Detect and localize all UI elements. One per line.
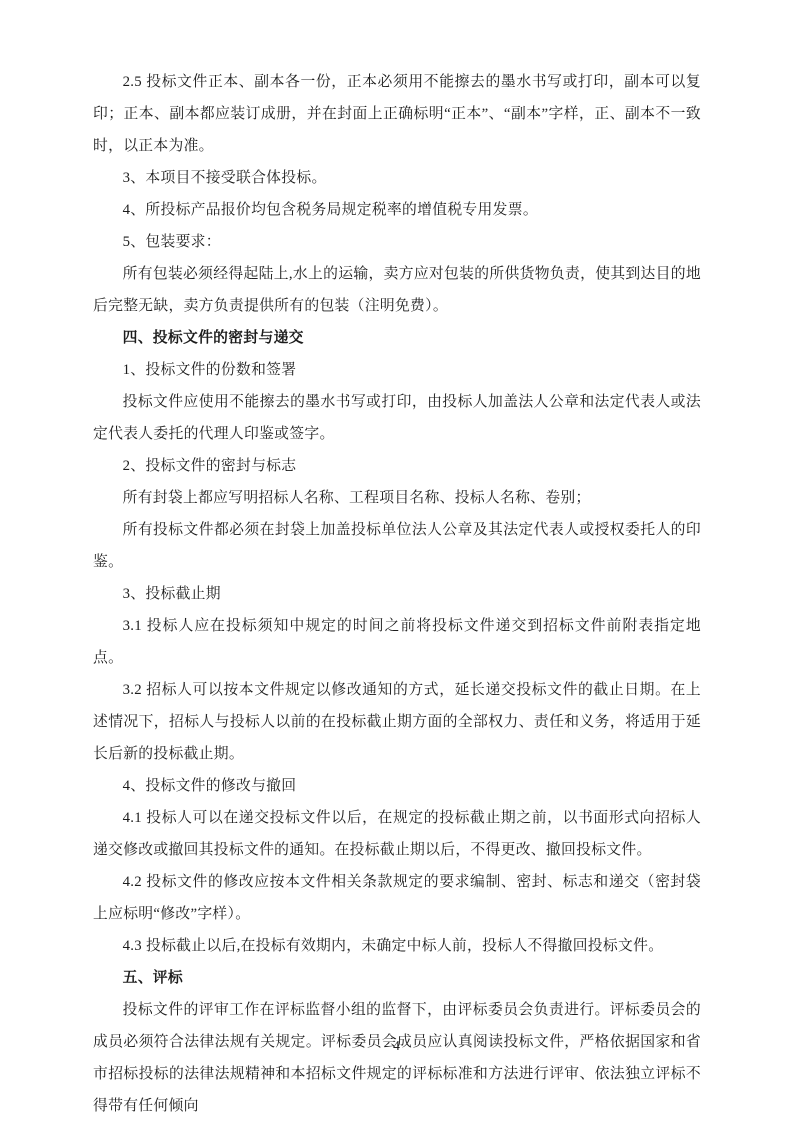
- paragraph: 4.1 投标人可以在递交投标文件以后，在规定的投标截止期之前，以书面形式向招标人…: [93, 802, 701, 866]
- paragraph: 1、投标文件的份数和签署: [93, 354, 701, 386]
- paragraph: 2、投标文件的密封与标志: [93, 450, 701, 482]
- section-heading: 五、评标: [93, 962, 701, 994]
- document-body: 2.5 投标文件正本、副本各一份，正本必须用不能擦去的墨水书写或打印，副本可以复…: [93, 66, 701, 1122]
- document-page: 2.5 投标文件正本、副本各一份，正本必须用不能擦去的墨水书写或打印，副本可以复…: [0, 0, 793, 1122]
- paragraph: 所有包装必须经得起陆上,水上的运输，卖方应对包装的所供货物负责，使其到达目的地后…: [93, 258, 701, 322]
- paragraph: 5、包装要求：: [93, 226, 701, 258]
- paragraph: 所有封袋上都应写明招标人名称、工程项目名称、投标人名称、卷别；: [93, 482, 701, 514]
- section-heading: 四、投标文件的密封与递交: [93, 322, 701, 354]
- paragraph: 4、投标文件的修改与撤回: [93, 770, 701, 802]
- page-number: 4: [0, 1038, 793, 1054]
- paragraph: 4、所投标产品报价均包含税务局规定税率的增值税专用发票。: [93, 194, 701, 226]
- paragraph: 3.1 投标人应在投标须知中规定的时间之前将投标文件递交到招标文件前附表指定地点…: [93, 610, 701, 674]
- paragraph: 3、本项目不接受联合体投标。: [93, 162, 701, 194]
- paragraph: 4.3 投标截止以后,在投标有效期内，未确定中标人前，投标人不得撤回投标文件。: [93, 930, 701, 962]
- paragraph: 3.2 招标人可以按本文件规定以修改通知的方式，延长递交投标文件的截止日期。在上…: [93, 674, 701, 770]
- paragraph: 投标文件的评审工作在评标监督小组的监督下，由评标委员会负责进行。评标委员会的成员…: [93, 994, 701, 1122]
- paragraph: 3、投标截止期: [93, 578, 701, 610]
- paragraph: 4.2 投标文件的修改应按本文件相关条款规定的要求编制、密封、标志和递交（密封袋…: [93, 866, 701, 930]
- paragraph: 所有投标文件都必须在封袋上加盖投标单位法人公章及其法定代表人或授权委托人的印鉴。: [93, 514, 701, 578]
- paragraph: 投标文件应使用不能擦去的墨水书写或打印，由投标人加盖法人公章和法定代表人或法定代…: [93, 386, 701, 450]
- paragraph: 2.5 投标文件正本、副本各一份，正本必须用不能擦去的墨水书写或打印，副本可以复…: [93, 66, 701, 162]
